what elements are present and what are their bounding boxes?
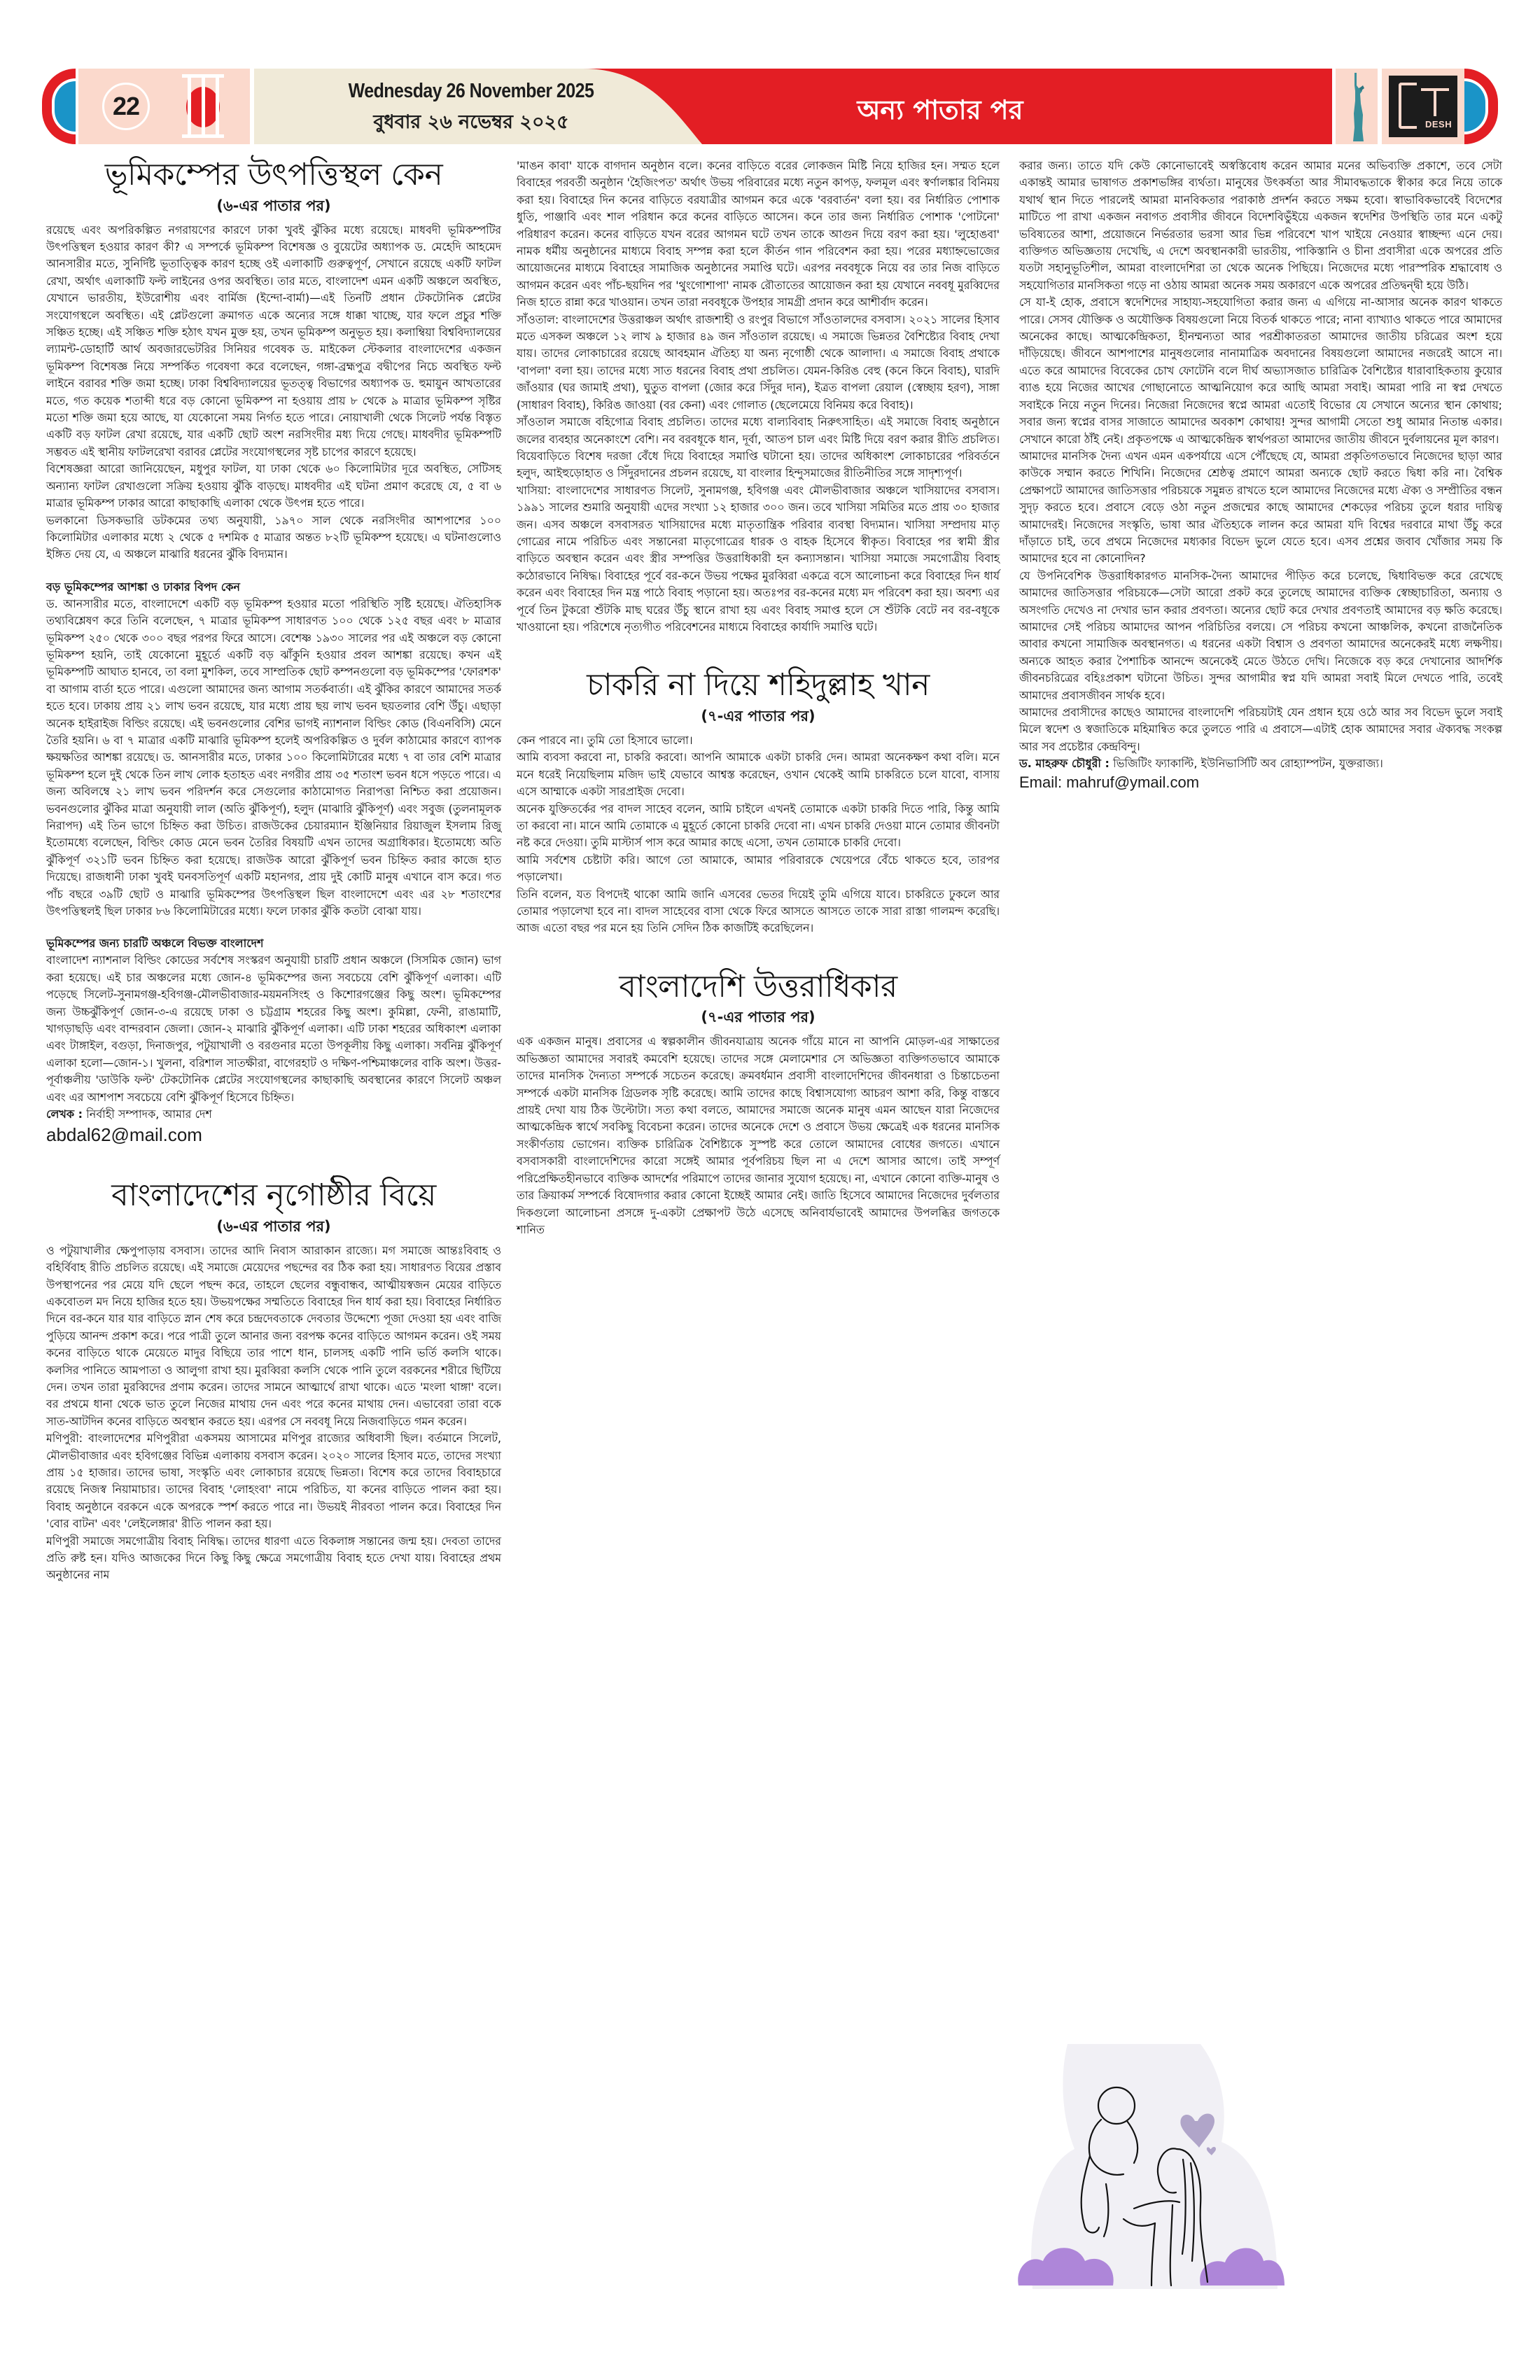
subheading: বড় ভূমিকম্পের আশঙ্কা ও ঢাকার বিপদ কেন: [46, 579, 501, 596]
logo-text: DESH: [1425, 119, 1452, 129]
paragraph: কেন পারবে না। তুমি তো হিসাবে ভালো।: [517, 732, 1000, 749]
paragraph: আমি ব্যবসা করবো না, চাকরি করবো। আপনি আমা…: [517, 749, 1000, 800]
subheading: ভূমিকম্পের জন্য চারটি অঞ্চলে বিভক্ত বাংল…: [46, 935, 501, 952]
statue-of-liberty-icon: [1336, 69, 1378, 144]
date-bangla: বুধবার ২৬ নভেম্বর ২০২৫: [324, 108, 618, 139]
right-ornament-icon: [1464, 69, 1498, 144]
continuation-label: (৭-এর পাতার পর): [517, 705, 1000, 729]
paragraph: যে উপনিবেশিক উত্তরাধিকারগত মানসিক-দৈন্য …: [1019, 568, 1502, 704]
article-heritage-continued: করার জন্য। তাতে যদি কেউ কোনোভাবেই অস্বস্…: [1019, 157, 1502, 792]
continuation-label: (৬-এর পাতার পর): [46, 1215, 501, 1240]
paragraph: ড. আনসারীর মতে, বাংলাদেশে একটি বড় ভূমিক…: [46, 596, 501, 920]
paragraph: এক একজন মানুষ। প্রবাসের এ স্বল্পকালীন জী…: [517, 1033, 1000, 1238]
page-number: 22: [102, 83, 150, 130]
paragraph: তিনি বলেন, যত বিপদেই থাকো আমি জানি এসবের…: [517, 886, 1000, 937]
date-english: Wednesday 26 November 2025: [344, 80, 597, 103]
paragraph: করার জন্য। তাতে যদি কেউ কোনোভাবেই অস্বস্…: [1019, 157, 1502, 294]
section-title: অন্য পাতার পর: [758, 90, 1122, 134]
paragraph: বাংলাদেশ ন্যাশনাল বিল্ডিং কোডের সর্বশেষ …: [46, 952, 501, 1106]
column-1: ভূমিকম্পের উৎপত্তিস্থল কেন (৬-এর পাতার প…: [46, 157, 501, 1584]
paragraph: সাঁওতাল: বাংলাদেশের উত্তরাঞ্চল অর্থাৎ রা…: [517, 311, 1000, 414]
paragraph: আমাদের মানসিক দৈন্য এখন এমন একপর্যায়ে এ…: [1019, 448, 1502, 568]
article-ethnic-marriage-continued: 'মাঙন কাবা' যাকে বাগদান অনুষ্ঠান বলে। কন…: [517, 157, 1000, 636]
continuation-label: (৬-এর পাতার পর): [46, 195, 501, 219]
paragraph: মণিপুরী: বাংলাদেশের মণিপুরীরা একসময় আসা…: [46, 1430, 501, 1532]
article-heritage: বাংলাদেশি উত্তরাধিকার (৭-এর পাতার পর) এক…: [517, 969, 1000, 1238]
headline-heritage[interactable]: বাংলাদেশি উত্তরাধিকার: [517, 969, 1000, 1005]
column-2: 'মাঙন কাবা' যাকে বাগদান অনুষ্ঠান বলে। কন…: [517, 157, 1000, 1238]
paragraph: সাঁওতাল সমাজে বহিগোত্র বিবাহ প্রচলিত। তা…: [517, 414, 1000, 482]
paragraph: বিশেষজ্ঞরা আরো জানিয়েছেন, মধুপুর ফাটল, …: [46, 461, 501, 512]
mother-baby-illustration: [1011, 2044, 1284, 2289]
paragraph: খাসিয়া: বাংলাদেশের সাধারণত সিলেট, সুনাম…: [517, 482, 1000, 636]
page-number-box: 22: [78, 69, 250, 144]
paragraph: আমি সর্বশেষ চেষ্টাটা করি। আগে তো আমাকে, …: [517, 852, 1000, 886]
paragraph: সে যা-ই হোক, প্রবাসে স্বদেশিদের সাহায্য-…: [1019, 294, 1502, 448]
paragraph: ও পটুয়াখালীর ক্ষেপুপাড়ায় বসবাস। তাদের…: [46, 1242, 501, 1430]
paragraph: ভলকানো ডিসকভারি ডটকমের তথ্য অনুযায়ী, ১৯…: [46, 512, 501, 563]
desh-logo[interactable]: DESH: [1382, 69, 1464, 144]
page-header: 22 Wednesday 26 November 2025 বুধবার ২৬ …: [42, 69, 1498, 144]
article-job: চাকরি না দিয়ে শহিদুল্লাহ খান (৭-এর পাতা…: [517, 668, 1000, 937]
paragraph: রয়েছে এবং অপরিকল্পিত নগরায়ণের কারণে ঢা…: [46, 222, 501, 461]
column-3: করার জন্য। তাতে যদি কেউ কোনোভাবেই অস্বস্…: [1019, 157, 1502, 792]
left-ornament-icon: [42, 69, 76, 144]
author-email[interactable]: abdal62@mail.com: [46, 1124, 501, 1146]
paragraph: মণিপুরী সমাজে সমগোত্রীয় বিবাহ নিষিদ্ধ। …: [46, 1533, 501, 1584]
article-ethnic-marriage: বাংলাদেশের নৃগোষ্ঠীর বিয়ে (৬-এর পাতার প…: [46, 1178, 501, 1584]
headline-job[interactable]: চাকরি না দিয়ে শহিদুল্লাহ খান: [517, 668, 1000, 703]
paragraph: 'মাঙন কাবা' যাকে বাগদান অনুষ্ঠান বলে। কন…: [517, 157, 1000, 311]
author-byline: ড. মাহরুফ চৌধুরী : ভিজিটিং ফ্যাকাল্টি, ই…: [1019, 755, 1502, 772]
article-earthquake: ভূমিকম্পের উৎপত্তিস্থল কেন (৬-এর পাতার প…: [46, 157, 501, 1146]
paragraph: অনেক যুক্তিতর্কের পর বাদল সাহেব বলেন, আম…: [517, 801, 1000, 852]
headline-ethnic-marriage[interactable]: বাংলাদেশের নৃগোষ্ঠীর বিয়ে: [46, 1178, 501, 1214]
date-section-banner: Wednesday 26 November 2025 বুধবার ২৬ নভে…: [254, 69, 1332, 144]
paragraph: আমাদের প্রবাসীদের কাছেও আমাদের বাংলাদেশি…: [1019, 704, 1502, 755]
author-byline: লেখক : নির্বাহী সম্পাদক, আমার দেশ: [46, 1106, 501, 1123]
shaheed-minar-icon: [182, 74, 224, 139]
author-email[interactable]: Email: mahruf@ymail.com: [1019, 773, 1502, 792]
continuation-label: (৭-এর পাতার পর): [517, 1006, 1000, 1030]
headline-earthquake[interactable]: ভূমিকম্পের উৎপত্তিস্থল কেন: [46, 157, 501, 193]
